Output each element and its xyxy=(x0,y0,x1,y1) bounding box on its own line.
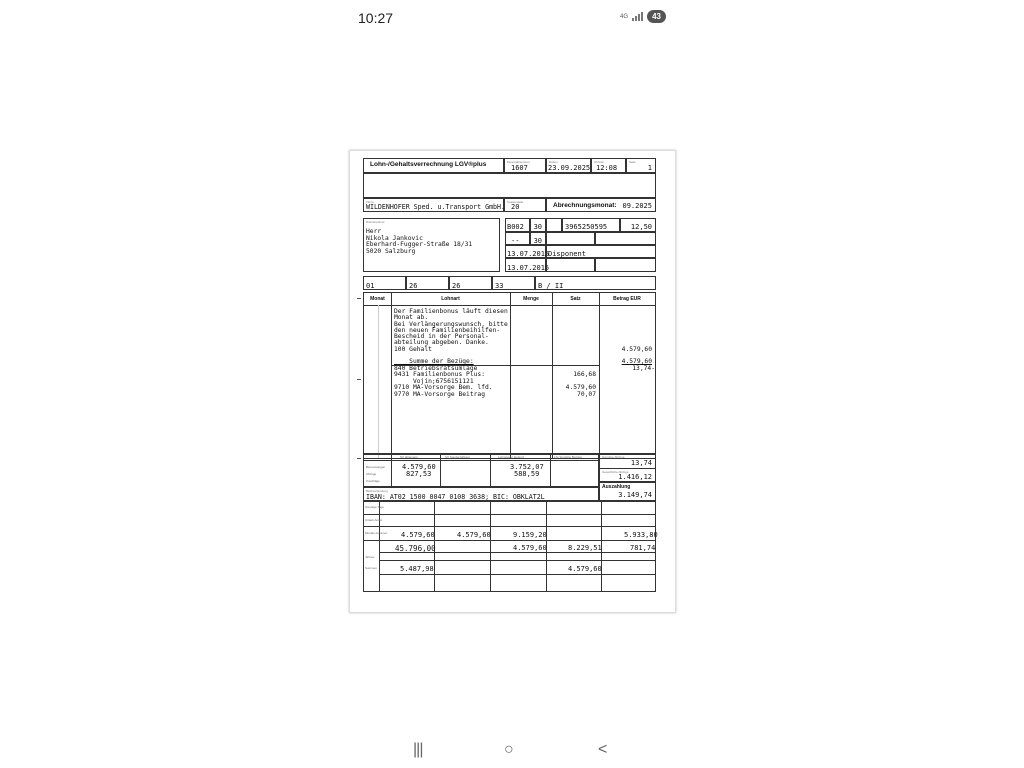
payslip-document: Lohn-/Gehaltsverrechnung LGV®plus Person… xyxy=(349,150,676,613)
table-row: 100 Gehalt xyxy=(394,347,432,353)
kv-box xyxy=(595,258,656,272)
austritt-box xyxy=(546,258,595,272)
bank-details: IBAN: AT02 1500 0047 0108 3638; BIC: OBK… xyxy=(366,493,545,501)
gesetzliche-abzuege-box: Gesetzliche Abzüge 1.416,12 xyxy=(599,468,656,482)
title-box: Lohn-/Gehaltsverrechnung LGV®plus xyxy=(363,158,504,173)
field-k2: 26 xyxy=(406,276,449,290)
header-monat: Monat xyxy=(364,296,391,302)
abrechnungsmonat: 09.2025 xyxy=(622,202,652,210)
bank-box: Bankverbindung IBAN: AT02 1500 0047 0108… xyxy=(363,487,599,501)
lst-box xyxy=(546,218,562,232)
sv-nummer-box: 3965250595 xyxy=(562,218,620,232)
abrechnungsmonat-box: Abrechnungsmonat: 09.2025 xyxy=(546,198,656,212)
uhrzeit-box: Uhrzeit 12:08 xyxy=(591,158,626,173)
beitragsgruppe-box: B002 xyxy=(505,218,530,232)
lohnarten-table: Monat Lohnart Menge Satz Betrag EUR Der … xyxy=(363,292,656,459)
network-type-icon: 4G xyxy=(620,14,628,20)
personalnummer: 1607 xyxy=(511,164,528,172)
sonstige-abzuege: 13,74 xyxy=(631,459,652,467)
clock: 10:27 xyxy=(358,10,393,26)
lst-abzug: 588,59 xyxy=(514,470,539,478)
kinder-box: -- xyxy=(505,232,530,245)
signal-bars-icon xyxy=(632,12,643,21)
home-icon[interactable]: ○ xyxy=(504,741,514,759)
summary-box: SV allgemein SV Sonderzahlung Lohnsteuer… xyxy=(363,453,599,487)
personalnummer-box: Personalnummer 1607 xyxy=(504,158,546,173)
bottom-grid: Sonstige Tage Urlaub Anspr. Monats-summe… xyxy=(363,501,656,592)
eintritt-box: 13.07.2015 xyxy=(505,245,546,258)
seite: 1 xyxy=(648,164,652,172)
address-box: Dienstnehmer Herr Nikola Jankovic Eberha… xyxy=(363,218,500,272)
auszahlung-box: Auszahlung 3.149,74 xyxy=(599,482,656,501)
personalgruppe-box xyxy=(546,232,595,245)
header-lohnart: Lohnart xyxy=(391,296,510,302)
firma: WILDENHOFER Sped. u.Transport GmbH. xyxy=(366,203,505,211)
beruf-box: Disponent xyxy=(546,245,656,258)
header-satz: Satz xyxy=(552,296,599,302)
datum-box: Datum 23.09.2025 xyxy=(546,158,591,173)
back-icon[interactable]: < xyxy=(598,741,607,759)
field-k5: B / II xyxy=(535,276,656,290)
datum: 23.09.2025 xyxy=(548,164,590,172)
header-menge: Menge xyxy=(510,296,552,302)
navigation-bar: ||| ○ < xyxy=(0,735,1024,768)
kostenstelle-box: Kostenstelle 20 xyxy=(504,198,546,212)
stundensatz-box: 12,50 xyxy=(620,218,656,232)
vorrueckung-box: 13.07.2015 xyxy=(505,258,546,272)
battery-icon: 43 xyxy=(647,10,666,23)
table-row: 9770 MA-Vorsorge Beitrag xyxy=(394,392,485,398)
blank-box xyxy=(363,173,656,198)
status-icons: 4G 43 xyxy=(620,10,666,23)
sonstige-abzuege-box: Sonstige Abzüge 13,74 xyxy=(599,453,656,469)
field-k3: 26 xyxy=(449,276,492,290)
auszahlung: 3.149,74 xyxy=(618,491,652,499)
lst-tage-box: 30 xyxy=(530,232,546,245)
kostenstelle: 20 xyxy=(511,203,519,211)
notice-text: Der Familienbonus läuft diesen Monat ab.… xyxy=(394,309,508,347)
gesetzliche-abzuege: 1.416,12 xyxy=(618,473,652,481)
sv-abzug: 827,53 xyxy=(406,470,431,478)
firma-box: Firma WILDENHOFER Sped. u.Transport GmbH… xyxy=(363,198,504,212)
status-bar: 10:27 4G 43 xyxy=(0,0,1024,34)
document-title: Lohn-/Gehaltsverrechnung LGV®plus xyxy=(370,161,486,168)
f-betrag-box xyxy=(595,232,656,245)
recents-icon[interactable]: ||| xyxy=(413,741,422,759)
uhrzeit: 12:08 xyxy=(596,164,617,172)
seite-box: Seite 1 xyxy=(626,158,656,173)
field-k4: 33 xyxy=(492,276,535,290)
field-k1: 01 xyxy=(363,276,406,290)
sv-tage-box: 30 xyxy=(530,218,546,232)
address-lines: Herr Nikola Jankovic Eberhard-Fugger-Str… xyxy=(366,229,472,255)
header-betrag: Betrag EUR xyxy=(599,296,655,302)
